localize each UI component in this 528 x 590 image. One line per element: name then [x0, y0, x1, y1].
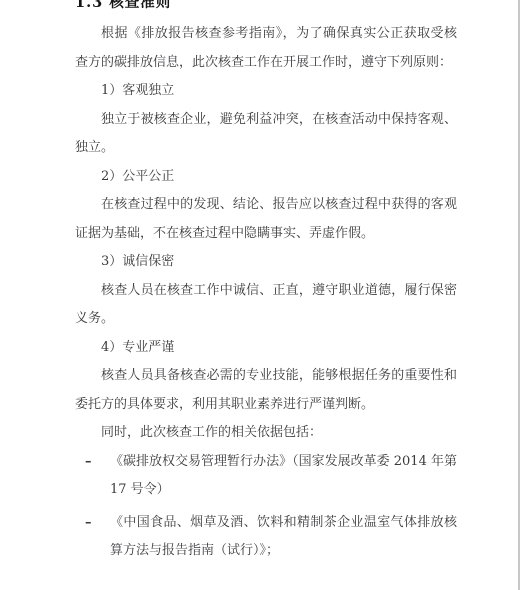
- principle-3-text: 核查人员在核查工作中诚信、正直，遵守职业道德，履行保密义务。: [75, 277, 457, 334]
- document-body: 1.3 核查准则 根据《排放报告核查参考指南》，为了确保真实公正获取受核查方的碳…: [0, 0, 528, 566]
- list-item: – 《中国食品、烟草及酒、饮料和精制茶企业温室气体排放核算方法与报告指南（试行）…: [85, 509, 457, 566]
- document-page: 1.3 核查准则 根据《排放报告核查参考指南》，为了确保真实公正获取受核查方的碳…: [0, 0, 528, 590]
- list-item: – 《碳排放权交易管理暂行办法》（国家发展改革委 2014 年第 17 号令）: [85, 448, 457, 505]
- principle-2-text: 在核查过程中的发现、结论、报告应以核查过程中获得的客观证据为基础，不在核查过程中…: [75, 191, 457, 248]
- principle-4-text: 核查人员具备核查必需的专业技能，能够根据任务的重要性和委托方的具体要求，利用其职…: [75, 362, 457, 419]
- principle-3-label: 3）诚信保密: [75, 248, 457, 277]
- principle-4-label: 4）专业严谨: [75, 334, 457, 363]
- principle-1-text: 独立于被核查企业，避免利益冲突，在核查活动中保持客观、独立。: [75, 106, 457, 163]
- references-intro-paragraph: 同时，此次核查工作的相关依据包括：: [75, 419, 457, 448]
- principle-2-label: 2）公平公正: [75, 163, 457, 192]
- dash-bullet-icon: –: [85, 448, 110, 477]
- principle-1-label: 1）客观独立: [75, 77, 457, 106]
- reference-item-text: 《中国食品、烟草及酒、饮料和精制茶企业温室气体排放核算方法与报告指南（试行）》；: [110, 509, 457, 566]
- intro-paragraph: 根据《排放报告核查参考指南》，为了确保真实公正获取受核查方的碳排放信息，此次核查…: [75, 20, 457, 77]
- reference-list: – 《碳排放权交易管理暂行办法》（国家发展改革委 2014 年第 17 号令） …: [75, 448, 457, 566]
- reference-item-text: 《碳排放权交易管理暂行办法》（国家发展改革委 2014 年第 17 号令）: [110, 448, 457, 505]
- section-heading: 1.3 核查准则: [75, 0, 457, 12]
- dash-bullet-icon: –: [85, 509, 110, 538]
